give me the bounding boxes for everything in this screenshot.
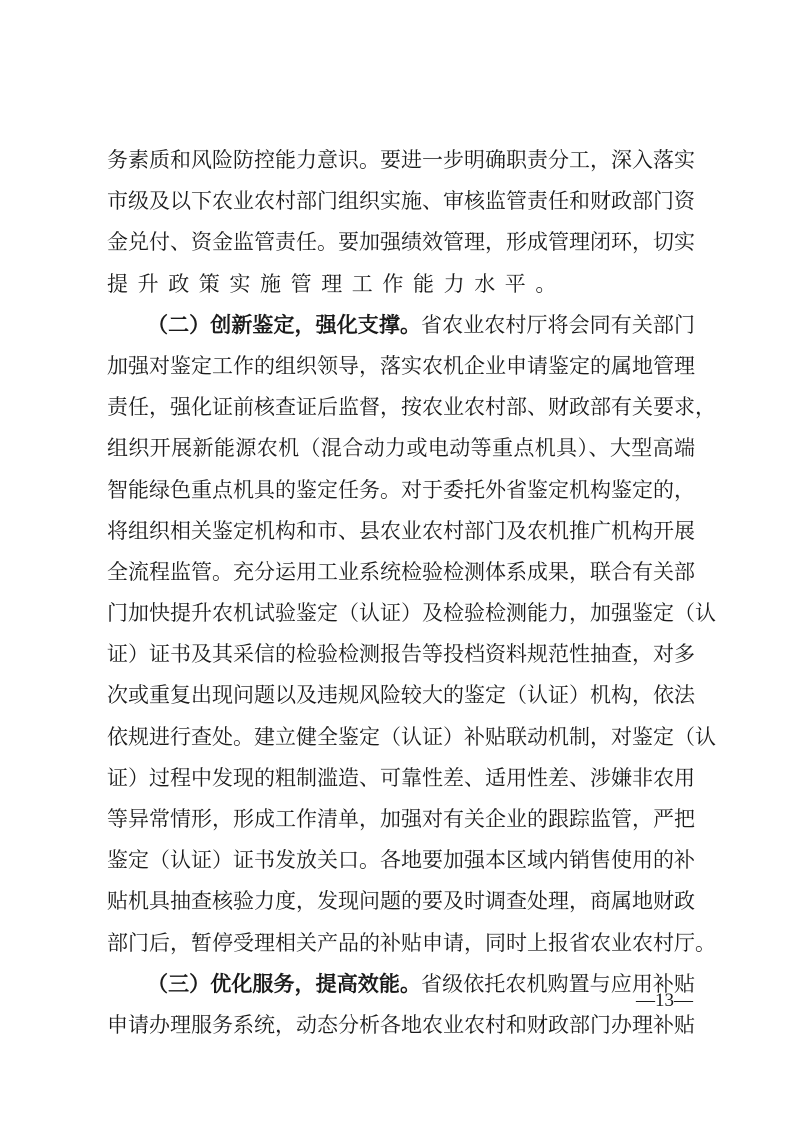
text-line: 证）过程中发现的粗制滥造、可靠性差、适用性差、涉嫌非农用 bbox=[107, 758, 695, 799]
text-line: 证）证书及其采信的检验检测报告等投档资料规范性抽查，对多 bbox=[107, 634, 695, 675]
text-line: 智能绿色重点机具的鉴定任务。对于委托外省鉴定机构鉴定的， bbox=[107, 470, 695, 511]
text-line: 次或重复出现问题以及违规风险较大的鉴定（认证）机构，依法 bbox=[107, 675, 695, 716]
section-heading-3: （三）优化服务，提高效能。 bbox=[147, 972, 421, 996]
text-line: 提升政策实施管理工作能力水平。 bbox=[107, 264, 695, 305]
line-text: 等异常情形，形成工作清单，加强对有关企业的跟踪监管，严把 bbox=[107, 807, 695, 831]
section-heading-line: （二）创新鉴定，强化支撑。省农业农村厅将会同有关部门 bbox=[107, 305, 695, 346]
line-text: 门加快提升农机试验鉴定（认证）及检验检测能力，加强鉴定（认 bbox=[107, 601, 716, 625]
section-heading-2: （二）创新鉴定，强化支撑。 bbox=[147, 313, 421, 337]
text-line: 务素质和风险防控能力意识。要进一步明确职责分工，深入落实 bbox=[107, 140, 695, 181]
line-text: 市级及以下农业农村部门组织实施、审核监管责任和财政部门资 bbox=[107, 189, 695, 213]
line-text: 组织开展新能源农机（混合动力或电动等重点机具）、大型高端 bbox=[107, 436, 695, 460]
text-line: 鉴定（认证）证书发放关口。各地要加强本区域内销售使用的补 bbox=[107, 840, 695, 881]
line-text: 证）证书及其采信的检验检测报告等投档资料规范性抽查，对多 bbox=[107, 642, 695, 666]
text-line: 责任，强化证前核查证后监督，按农业农村部、财政部有关要求， bbox=[107, 387, 695, 428]
document-page: 务素质和风险防控能力意识。要进一步明确职责分工，深入落实 市级及以下农业农村部门… bbox=[0, 0, 793, 1122]
line-text: 鉴定（认证）证书发放关口。各地要加强本区域内销售使用的补 bbox=[107, 848, 695, 872]
text-line: 门加快提升农机试验鉴定（认证）及检验检测能力，加强鉴定（认 bbox=[107, 593, 695, 634]
text-line: 市级及以下农业农村部门组织实施、审核监管责任和财政部门资 bbox=[107, 181, 695, 222]
line-text: 贴机具抽查核验力度，发现问题的要及时调查处理，商属地财政 bbox=[107, 889, 695, 913]
body-text: 务素质和风险防控能力意识。要进一步明确职责分工，深入落实 市级及以下农业农村部门… bbox=[107, 140, 695, 1046]
text-line: 将组织相关鉴定机构和市、县农业农村部门及农机推广机构开展 bbox=[107, 511, 695, 552]
text-line: 申请办理服务系统，动态分析各地农业农村和财政部门办理补贴 bbox=[107, 1005, 695, 1046]
line-text: 部门后，暂停受理相关产品的补贴申请，同时上报省农业农村厅。 bbox=[107, 931, 716, 955]
text-line: 贴机具抽查核验力度，发现问题的要及时调查处理，商属地财政 bbox=[107, 881, 695, 922]
line-text: 提升政策实施管理工作能力水平。 bbox=[107, 272, 566, 296]
text-line: 依规进行查处。建立健全鉴定（认证）补贴联动机制，对鉴定（认 bbox=[107, 717, 695, 758]
text-line: 等异常情形，形成工作清单，加强对有关企业的跟踪监管，严把 bbox=[107, 799, 695, 840]
line-text: 将组织相关鉴定机构和市、县农业农村部门及农机推广机构开展 bbox=[107, 519, 695, 543]
line-text: 依规进行查处。建立健全鉴定（认证）补贴联动机制，对鉴定（认 bbox=[107, 725, 716, 749]
line-text: 证）过程中发现的粗制滥造、可靠性差、适用性差、涉嫌非农用 bbox=[107, 766, 695, 790]
line-text: 金兑付、资金监管责任。要加强绩效管理，形成管理闭环，切实 bbox=[107, 230, 695, 254]
line-text: 加强对鉴定工作的组织领导，落实农机企业申请鉴定的属地管理 bbox=[107, 354, 695, 378]
text-line: 组织开展新能源农机（混合动力或电动等重点机具）、大型高端 bbox=[107, 428, 695, 469]
text-line: 全流程监管。充分运用工业系统检验检测体系成果，联合有关部 bbox=[107, 552, 695, 593]
line-text: 责任，强化证前核查证后监督，按农业农村部、财政部有关要求， bbox=[107, 395, 716, 419]
line-text: 省农业农村厅将会同有关部门 bbox=[421, 313, 695, 337]
line-text: 智能绿色重点机具的鉴定任务。对于委托外省鉴定机构鉴定的， bbox=[107, 478, 695, 502]
text-line: 加强对鉴定工作的组织领导，落实农机企业申请鉴定的属地管理 bbox=[107, 346, 695, 387]
section-heading-line: （三）优化服务，提高效能。省级依托农机购置与应用补贴 bbox=[107, 964, 695, 1005]
line-text: 申请办理服务系统，动态分析各地农业农村和财政部门办理补贴 bbox=[107, 1013, 695, 1037]
line-text: 全流程监管。充分运用工业系统检验检测体系成果，联合有关部 bbox=[107, 560, 695, 584]
text-line: 金兑付、资金监管责任。要加强绩效管理，形成管理闭环，切实 bbox=[107, 222, 695, 263]
page-number: —13— bbox=[636, 990, 693, 1012]
text-line: 部门后，暂停受理相关产品的补贴申请，同时上报省农业农村厅。 bbox=[107, 923, 695, 964]
line-text: 次或重复出现问题以及违规风险较大的鉴定（认证）机构，依法 bbox=[107, 683, 695, 707]
line-text: 务素质和风险防控能力意识。要进一步明确职责分工，深入落实 bbox=[107, 148, 695, 172]
